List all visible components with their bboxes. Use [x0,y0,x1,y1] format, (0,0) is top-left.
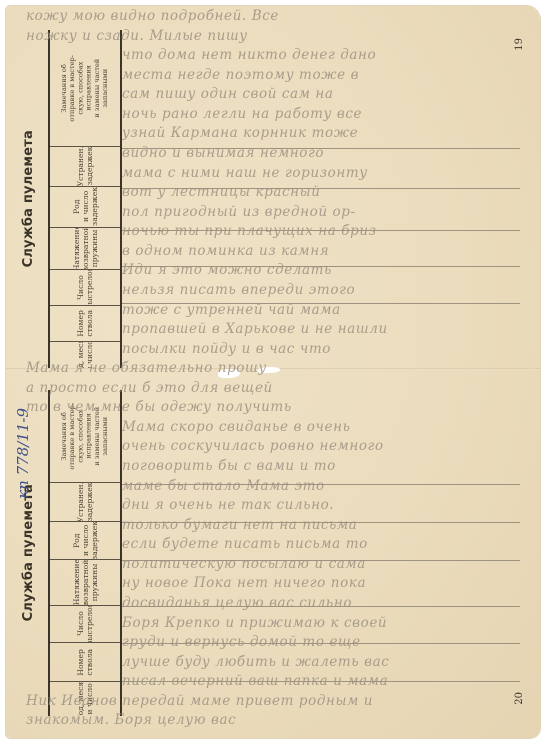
handwritten-line: Ник Иванов передай маме привет родным и [26,693,535,709]
form-columns: Замечания об отправке в мастер- скую, сп… [50,390,120,716]
column-header-remarks: Замечания об отправке в мастер- скую, сп… [50,30,120,147]
handwritten-line: что дома нет никто денег дано [122,47,535,63]
column-header-shots: Число выстрелов [50,606,120,643]
handwritten-line: в одном поминка из камня [122,243,535,259]
handwritten-line: груди и вернусь домой то еще [122,634,535,650]
handwritten-line: Иди я это можно сделать [122,262,535,278]
column-header-spring-tension: Натяжение возвратной пружины [50,560,120,606]
column-header-shots: Число выстрелов [50,270,120,306]
handwritten-line: дни я очень не так сильно. [122,497,535,513]
handwritten-line: Мама я не обязательно прошу [26,360,535,376]
handwritten-line: писал вечерний ваш папка и мама [122,673,535,689]
column-header-stoppages-type: Род и число задержек [50,522,120,560]
column-header-barrel-number: Номер ствола [50,306,120,342]
handwritten-line: политическую посылаю и сама [122,556,535,572]
column-header-stoppages-cleared: Устранен. задержек [50,483,120,521]
handwritten-line: ножку и сзади. Милые пишу [26,28,535,44]
handwritten-line: то в чем мне бы одежу получить [26,399,535,415]
handwritten-line: мама с ними наш не горизонту [122,165,535,181]
handwritten-line: знакомым. Боря целую вас [26,712,535,728]
handwritten-line: пол пригодный из вредной ор- [122,204,535,220]
form-columns: Замечания об отправке в мастер- скую, сп… [50,30,120,368]
machine-gun-service-form-top: Служба пулемета Замечания об отправке в … [0,30,130,368]
handwritten-line: места негде поэтому тоже в [122,67,535,83]
handwritten-line: посылки пойду и в час что [122,341,535,357]
handwritten-line: вот у лестницы красный [122,184,535,200]
column-header-stoppages-type: Род и число задержек [50,187,120,227]
handwritten-line: нельзя писать впереди этого [122,282,535,298]
handwritten-line: Мама скоро свиданье в очень [122,419,535,435]
handwritten-line: ну новое Пока нет ничего пока [122,575,535,591]
column-header-spring-tension: Натяжение возвратной пружины [50,228,120,270]
handwritten-line: ночью ты при плачущих на бриз [122,223,535,239]
handwritten-line: узнай Кармана корнник тоже [122,125,535,141]
handwritten-line: лучше буду любить и жалеть вас [122,654,535,670]
handwritten-line: если будете писать письма то [122,536,535,552]
handwritten-line: пропавшей в Харькове и не нашли [122,321,535,337]
handwritten-line: кожу мою видно подробней. Все [26,8,535,24]
handwritten-line: поговорить бы с вами и то [122,458,535,474]
handwritten-line: только бумаги нет на письма [122,517,535,533]
form-title: Служба пулемета [14,30,42,368]
handwritten-line: Боря Крепко и прижимаю к своей [122,615,535,631]
handwritten-line: маме бы стало Мама это [122,478,535,494]
column-header-stoppages-cleared: Устранен. задержек [50,147,120,187]
handwritten-line: а просто если б это для вещей [26,380,535,396]
handwritten-line: очень соскучилась ровно немного [122,438,535,454]
handwritten-line: досвиданья целую вас сильно [122,595,535,611]
handwritten-line: сам пишу один свой сам на [122,86,535,102]
handwritten-line: тоже с утренней чай мама [122,302,535,318]
handwritten-line: ночь рано легли на работу все [122,106,535,122]
column-header-barrel-number: Номер ствола [50,643,120,681]
handwritten-line: видно и вынимая немного [122,145,535,161]
